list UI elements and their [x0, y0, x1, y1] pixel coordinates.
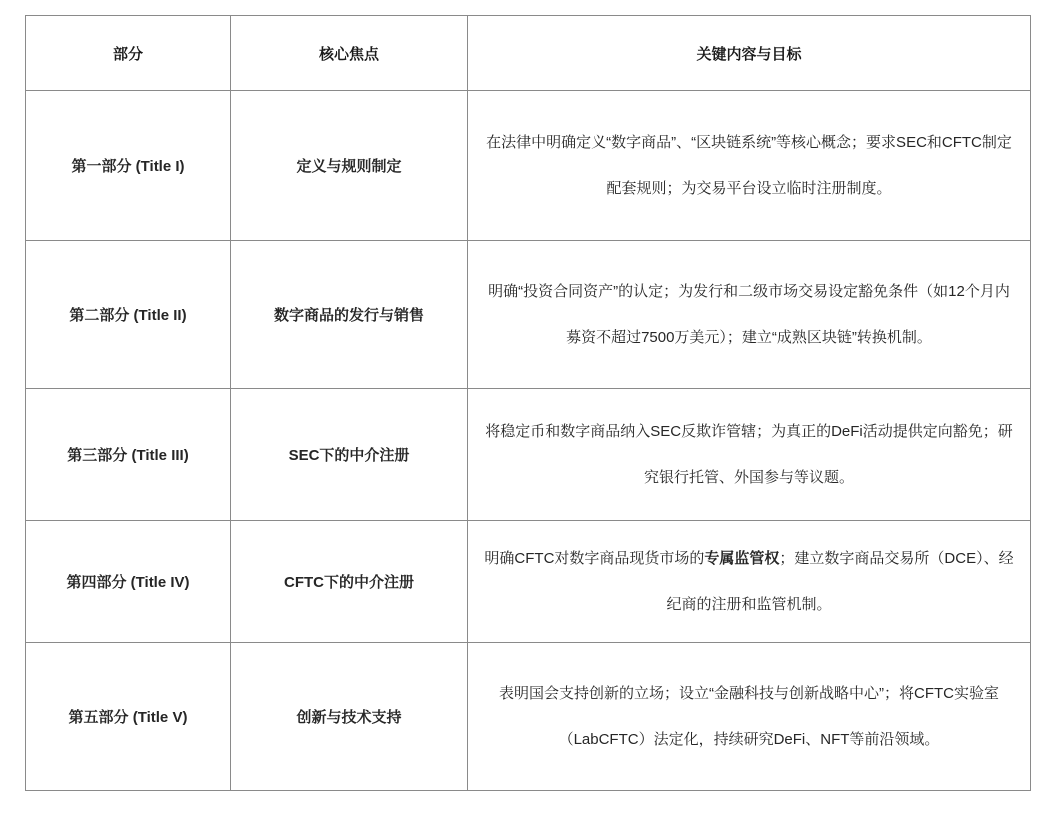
page: 部分 核心焦点 关键内容与目标 第一部分 (Title I)定义与规则制定在法律… — [0, 0, 1052, 815]
cell-focus: CFTC下的中介注册 — [231, 521, 468, 643]
content-segment: 明确“投资合同资产”的认定；为发行和二级市场交易设定豁免条件（如12个月内募资不… — [488, 283, 1010, 346]
cell-part: 第五部分 (Title V) — [26, 643, 231, 791]
cell-part: 第一部分 (Title I) — [26, 91, 231, 241]
cell-key-content: 在法律中明确定义“数字商品”、“区块链系统”等核心概念；要求SEC和CFTC制定… — [468, 91, 1031, 241]
header-part: 部分 — [26, 16, 231, 91]
header-row: 部分 核心焦点 关键内容与目标 — [26, 16, 1031, 91]
content-segment: 表明国会支持创新的立场；设立“金融科技与创新战略中心”；将CFTC实验室（Lab… — [499, 685, 999, 748]
cell-focus: 数字商品的发行与销售 — [231, 241, 468, 389]
cell-key-content: 将稳定币和数字商品纳入SEC反欺诈管辖；为真正的DeFi活动提供定向豁免；研究银… — [468, 389, 1031, 521]
cell-key-content: 表明国会支持创新的立场；设立“金融科技与创新战略中心”；将CFTC实验室（Lab… — [468, 643, 1031, 791]
content-segment: 将稳定币和数字商品纳入SEC反欺诈管辖；为真正的DeFi活动提供定向豁免；研究银… — [485, 423, 1013, 486]
table-body: 第一部分 (Title I)定义与规则制定在法律中明确定义“数字商品”、“区块链… — [26, 91, 1031, 791]
table-row: 第二部分 (Title II)数字商品的发行与销售明确“投资合同资产”的认定；为… — [26, 241, 1031, 389]
cell-part: 第三部分 (Title III) — [26, 389, 231, 521]
cell-key-content: 明确“投资合同资产”的认定；为发行和二级市场交易设定豁免条件（如12个月内募资不… — [468, 241, 1031, 389]
cell-focus: 创新与技术支持 — [231, 643, 468, 791]
cell-focus: 定义与规则制定 — [231, 91, 468, 241]
cell-focus: SEC下的中介注册 — [231, 389, 468, 521]
content-segment: 在法律中明确定义“数字商品”、“区块链系统”等核心概念；要求SEC和CFTC制定… — [486, 134, 1012, 197]
header-key-content: 关键内容与目标 — [468, 16, 1031, 91]
content-segment-bold: 专属监管权 — [704, 550, 779, 567]
titles-summary-table: 部分 核心焦点 关键内容与目标 第一部分 (Title I)定义与规则制定在法律… — [25, 15, 1031, 791]
cell-part: 第四部分 (Title IV) — [26, 521, 231, 643]
header-focus: 核心焦点 — [231, 16, 468, 91]
table-row: 第一部分 (Title I)定义与规则制定在法律中明确定义“数字商品”、“区块链… — [26, 91, 1031, 241]
cell-part: 第二部分 (Title II) — [26, 241, 231, 389]
content-segment: 明确CFTC对数字商品现货市场的 — [484, 550, 704, 567]
table-row: 第五部分 (Title V)创新与技术支持表明国会支持创新的立场；设立“金融科技… — [26, 643, 1031, 791]
cell-key-content: 明确CFTC对数字商品现货市场的专属监管权；建立数字商品交易所（DCE）、经纪商… — [468, 521, 1031, 643]
table-row: 第三部分 (Title III)SEC下的中介注册将稳定币和数字商品纳入SEC反… — [26, 389, 1031, 521]
table-row: 第四部分 (Title IV)CFTC下的中介注册明确CFTC对数字商品现货市场… — [26, 521, 1031, 643]
